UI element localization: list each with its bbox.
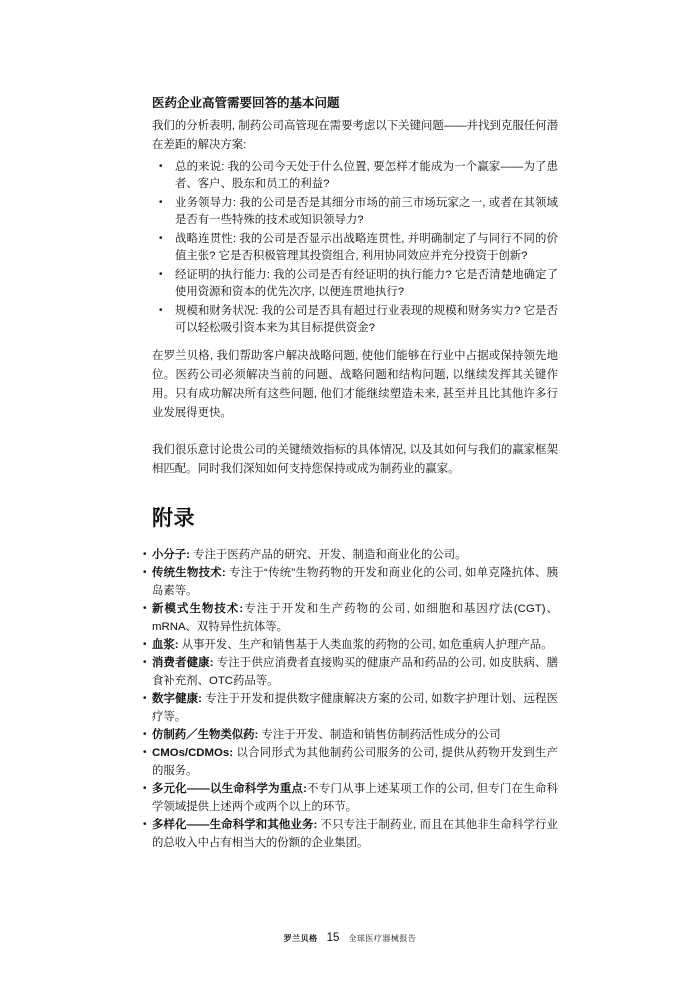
list-item: 血浆: 从事开发、生产和销售基于人类血浆的药物的公司, 如危重病人护理产品。 xyxy=(152,636,558,654)
report-title: 全球医疗器械报告 xyxy=(348,933,416,944)
term-label: CMOs/CDMOs: xyxy=(152,747,236,759)
main-content: 医药企业高管需要回答的基本问题 我们的分析表明, 制药公司高管现在需要考虑以下关… xyxy=(152,96,558,479)
term-definition: 从事开发、生产和销售基于人类血浆的药物的公司, 如危重病人护理产品。 xyxy=(182,639,553,651)
page-footer: 罗兰贝格 15 全球医疗器械报告 xyxy=(0,932,700,944)
appendix-list: 小分子: 专注于医药产品的研究、开发、制造和商业化的公司。 传统生物技术: 专注… xyxy=(152,546,558,852)
list-item: 新模式生物技术:专注于开发和生产药物的公司, 如细胞和基因疗法(CGT)、mRN… xyxy=(152,600,558,636)
term-definition: 专注于医药产品的研究、开发、制造和商业化的公司。 xyxy=(193,549,466,561)
list-item: 业务领导力: 我的公司是否是其细分市场的前三市场玩家之一, 或者在其领域是否有一… xyxy=(152,195,558,228)
term-label: 消费者健康: xyxy=(152,657,217,669)
key-questions-list: 总的来说: 我的公司今天处于什么位置, 要怎样才能成为一个赢家——为了患者、客户… xyxy=(152,159,558,336)
list-item: 多元化——以生命科学为重点:不专门从事上述某项工作的公司, 但专门在生命科学领域… xyxy=(152,780,558,816)
list-item: CMOs/CDMOs: 以合同形式为其他制药公司服务的公司, 提供从药物开发到生… xyxy=(152,744,558,780)
term-label: 数字健康: xyxy=(152,693,205,705)
intro-paragraph: 我们的分析表明, 制药公司高管现在需要考虑以下关键问题——并找到克服任何潜在差距… xyxy=(152,117,558,155)
term-label: 多样化——生命科学和其他业务: xyxy=(152,819,321,831)
list-item: 经证明的执行能力: 我的公司是否有经证明的执行能力? 它是否清楚地确定了使用资源… xyxy=(152,267,558,300)
document-page: 医药企业高管需要回答的基本问题 我们的分析表明, 制药公司高管现在需要考虑以下关… xyxy=(0,0,700,990)
term-label: 小分子: xyxy=(152,549,193,561)
appendix-heading: 附录 xyxy=(152,506,558,531)
term-label: 新模式生物技术: xyxy=(152,603,243,615)
list-item: 传统生物技术: 专注于“传统”生物药物的开发和商业化的公司, 如单克隆抗体、胰岛… xyxy=(152,564,558,600)
brand-name: 罗兰贝格 xyxy=(284,933,318,944)
term-label: 血浆: xyxy=(152,639,182,651)
term-label: 传统生物技术: xyxy=(152,567,229,579)
term-label: 仿制药／生物类似药: xyxy=(152,729,261,741)
list-item: 规模和财务状况: 我的公司是否具有超过行业表现的规模和财务实力? 它是否可以轻松… xyxy=(152,303,558,336)
list-item: 小分子: 专注于医药产品的研究、开发、制造和商业化的公司。 xyxy=(152,546,558,564)
list-item: 消费者健康: 专注于供应消费者直接购买的健康产品和药品的公司, 如皮肤病、膳食补… xyxy=(152,654,558,690)
list-item: 多样化——生命科学和其他业务: 不只专注于制药业, 而且在其他非生命科学行业的总… xyxy=(152,816,558,852)
paragraph: 我们很乐意讨论贵公司的关键绩效指标的具体情况, 以及其如何与我们的赢家框架相匹配… xyxy=(152,441,558,479)
list-item: 数字健康: 专注于开发和提供数字健康解决方案的公司, 如数字护理计划、远程医疗等… xyxy=(152,690,558,726)
list-item: 仿制药／生物类似药: 专注于开发、制造和销售仿制药活性成分的公司 xyxy=(152,726,558,744)
list-item: 战略连贯性: 我的公司是否显示出战略连贯性, 并明确制定了与同行不同的价值主张?… xyxy=(152,231,558,264)
paragraph: 在罗兰贝格, 我们帮助客户解决战略问题, 使他们能够在行业中占据或保持领先地位。… xyxy=(152,347,558,423)
list-item: 总的来说: 我的公司今天处于什么位置, 要怎样才能成为一个赢家——为了患者、客户… xyxy=(152,159,558,192)
appendix-section: 附录 小分子: 专注于医药产品的研究、开发、制造和商业化的公司。 传统生物技术:… xyxy=(152,506,558,852)
section-heading: 医药企业高管需要回答的基本问题 xyxy=(152,96,558,111)
term-label: 多元化——以生命科学为重点: xyxy=(152,783,307,795)
term-definition: 专注于开发、制造和销售仿制药活性成分的公司 xyxy=(261,729,500,741)
term-definition: 专注于开发和提供数字健康解决方案的公司, 如数字护理计划、远程医疗等。 xyxy=(152,693,558,723)
page-number: 15 xyxy=(327,932,340,944)
